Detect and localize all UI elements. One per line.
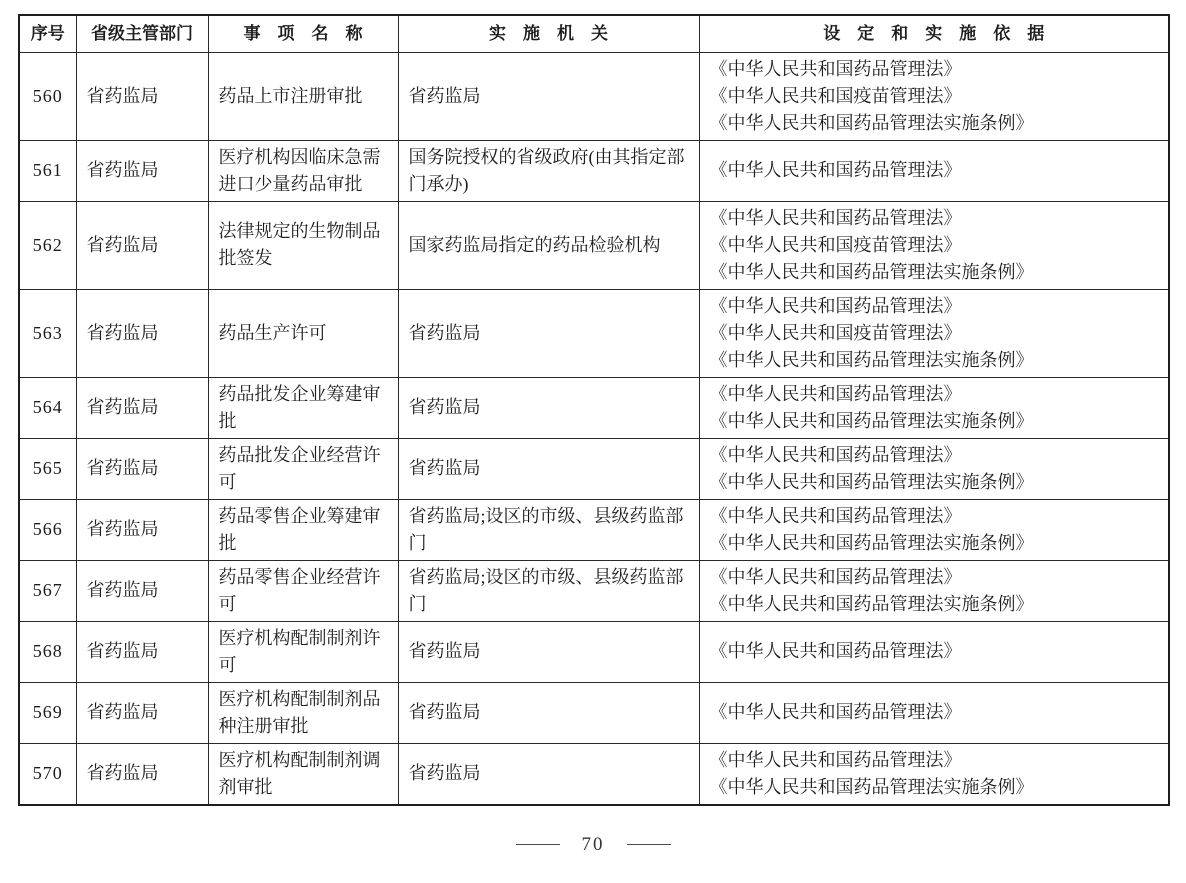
basis-line: 《中华人民共和国药品管理法实施条例》 — [710, 408, 1163, 435]
cell-agency: 省药监局;设区的市级、县级药监部门 — [398, 499, 699, 560]
cell-item: 药品零售企业筹建审批 — [208, 499, 398, 560]
cell-basis: 《中华人民共和国药品管理法》《中华人民共和国疫苗管理法》《中华人民共和国药品管理… — [699, 52, 1169, 140]
basis-line: 《中华人民共和国药品管理法》 — [710, 747, 1163, 774]
cell-dept: 省药监局 — [76, 140, 208, 201]
cell-item: 医疗机构配制制剂调剂审批 — [208, 743, 398, 805]
cell-agency: 省药监局 — [398, 682, 699, 743]
cell-seq: 569 — [19, 682, 76, 743]
cell-agency: 省药监局 — [398, 377, 699, 438]
cell-dept: 省药监局 — [76, 377, 208, 438]
cell-dept: 省药监局 — [76, 289, 208, 377]
cell-item: 医疗机构配制制剂许可 — [208, 621, 398, 682]
basis-line: 《中华人民共和国药品管理法实施条例》 — [710, 259, 1163, 286]
cell-dept: 省药监局 — [76, 743, 208, 805]
basis-line: 《中华人民共和国药品管理法》 — [710, 157, 1163, 184]
basis-line: 《中华人民共和国疫苗管理法》 — [710, 320, 1163, 347]
footer-dash-right-icon — [627, 844, 671, 845]
cell-seq: 561 — [19, 140, 76, 201]
cell-basis: 《中华人民共和国药品管理法》《中华人民共和国疫苗管理法》《中华人民共和国药品管理… — [699, 289, 1169, 377]
cell-basis: 《中华人民共和国药品管理法》 — [699, 621, 1169, 682]
cell-seq: 564 — [19, 377, 76, 438]
basis-line: 《中华人民共和国药品管理法实施条例》 — [710, 774, 1163, 801]
page-footer: 70 — [0, 833, 1186, 856]
header-row: 序号省级主管部门事 项 名 称实 施 机 关设 定 和 实 施 依 据 — [19, 15, 1169, 52]
cell-item: 法律规定的生物制品批签发 — [208, 201, 398, 289]
cell-basis: 《中华人民共和国药品管理法》《中华人民共和国药品管理法实施条例》 — [699, 560, 1169, 621]
table-row: 567省药监局药品零售企业经营许可省药监局;设区的市级、县级药监部门《中华人民共… — [19, 560, 1169, 621]
column-header-seq: 序号 — [19, 15, 76, 52]
cell-basis: 《中华人民共和国药品管理法》《中华人民共和国药品管理法实施条例》 — [699, 743, 1169, 805]
table-body: 560省药监局药品上市注册审批省药监局《中华人民共和国药品管理法》《中华人民共和… — [19, 52, 1169, 805]
cell-basis: 《中华人民共和国药品管理法》《中华人民共和国疫苗管理法》《中华人民共和国药品管理… — [699, 201, 1169, 289]
table-row: 570省药监局医疗机构配制制剂调剂审批省药监局《中华人民共和国药品管理法》《中华… — [19, 743, 1169, 805]
basis-line: 《中华人民共和国药品管理法》 — [710, 699, 1163, 726]
cell-agency: 省药监局 — [398, 52, 699, 140]
basis-line: 《中华人民共和国药品管理法》 — [710, 381, 1163, 408]
cell-dept: 省药监局 — [76, 682, 208, 743]
column-header-agency: 实 施 机 关 — [398, 15, 699, 52]
column-header-item: 事 项 名 称 — [208, 15, 398, 52]
table-row: 560省药监局药品上市注册审批省药监局《中华人民共和国药品管理法》《中华人民共和… — [19, 52, 1169, 140]
cell-item: 药品批发企业筹建审批 — [208, 377, 398, 438]
cell-dept: 省药监局 — [76, 499, 208, 560]
document-page: 序号省级主管部门事 项 名 称实 施 机 关设 定 和 实 施 依 据 560省… — [0, 0, 1186, 883]
footer-dash-left-icon — [516, 844, 560, 845]
cell-seq: 570 — [19, 743, 76, 805]
basis-line: 《中华人民共和国药品管理法实施条例》 — [710, 110, 1163, 137]
cell-basis: 《中华人民共和国药品管理法》 — [699, 682, 1169, 743]
cell-seq: 560 — [19, 52, 76, 140]
basis-line: 《中华人民共和国药品管理法》 — [710, 56, 1163, 83]
column-header-dept: 省级主管部门 — [76, 15, 208, 52]
cell-agency: 省药监局 — [398, 289, 699, 377]
cell-basis: 《中华人民共和国药品管理法》 — [699, 140, 1169, 201]
cell-dept: 省药监局 — [76, 52, 208, 140]
cell-dept: 省药监局 — [76, 621, 208, 682]
cell-agency: 国务院授权的省级政府(由其指定部门承办) — [398, 140, 699, 201]
cell-agency: 国家药监局指定的药品检验机构 — [398, 201, 699, 289]
cell-dept: 省药监局 — [76, 438, 208, 499]
cell-item: 药品上市注册审批 — [208, 52, 398, 140]
cell-seq: 565 — [19, 438, 76, 499]
cell-agency: 省药监局;设区的市级、县级药监部门 — [398, 560, 699, 621]
cell-item: 医疗机构配制制剂品种注册审批 — [208, 682, 398, 743]
table-row: 561省药监局医疗机构因临床急需进口少量药品审批国务院授权的省级政府(由其指定部… — [19, 140, 1169, 201]
basis-line: 《中华人民共和国疫苗管理法》 — [710, 232, 1163, 259]
cell-agency: 省药监局 — [398, 621, 699, 682]
cell-basis: 《中华人民共和国药品管理法》《中华人民共和国药品管理法实施条例》 — [699, 377, 1169, 438]
basis-line: 《中华人民共和国药品管理法》 — [710, 442, 1163, 469]
basis-line: 《中华人民共和国药品管理法》 — [710, 638, 1163, 665]
cell-item: 医疗机构因临床急需进口少量药品审批 — [208, 140, 398, 201]
table-row: 569省药监局医疗机构配制制剂品种注册审批省药监局《中华人民共和国药品管理法》 — [19, 682, 1169, 743]
basis-line: 《中华人民共和国药品管理法实施条例》 — [710, 347, 1163, 374]
basis-line: 《中华人民共和国药品管理法》 — [710, 564, 1163, 591]
table-row: 565省药监局药品批发企业经营许可省药监局《中华人民共和国药品管理法》《中华人民… — [19, 438, 1169, 499]
table-row: 566省药监局药品零售企业筹建审批省药监局;设区的市级、县级药监部门《中华人民共… — [19, 499, 1169, 560]
table-row: 562省药监局法律规定的生物制品批签发国家药监局指定的药品检验机构《中华人民共和… — [19, 201, 1169, 289]
table-row: 564省药监局药品批发企业筹建审批省药监局《中华人民共和国药品管理法》《中华人民… — [19, 377, 1169, 438]
approval-items-table: 序号省级主管部门事 项 名 称实 施 机 关设 定 和 实 施 依 据 560省… — [18, 14, 1170, 806]
cell-dept: 省药监局 — [76, 560, 208, 621]
cell-basis: 《中华人民共和国药品管理法》《中华人民共和国药品管理法实施条例》 — [699, 499, 1169, 560]
table-header: 序号省级主管部门事 项 名 称实 施 机 关设 定 和 实 施 依 据 — [19, 15, 1169, 52]
cell-seq: 562 — [19, 201, 76, 289]
cell-item: 药品生产许可 — [208, 289, 398, 377]
cell-seq: 563 — [19, 289, 76, 377]
cell-dept: 省药监局 — [76, 201, 208, 289]
page-number: 70 — [582, 834, 605, 856]
cell-item: 药品批发企业经营许可 — [208, 438, 398, 499]
cell-item: 药品零售企业经营许可 — [208, 560, 398, 621]
basis-line: 《中华人民共和国药品管理法》 — [710, 503, 1163, 530]
cell-seq: 568 — [19, 621, 76, 682]
table-row: 568省药监局医疗机构配制制剂许可省药监局《中华人民共和国药品管理法》 — [19, 621, 1169, 682]
basis-line: 《中华人民共和国药品管理法》 — [710, 205, 1163, 232]
cell-seq: 566 — [19, 499, 76, 560]
basis-line: 《中华人民共和国药品管理法实施条例》 — [710, 591, 1163, 618]
basis-line: 《中华人民共和国药品管理法》 — [710, 293, 1163, 320]
column-header-basis: 设 定 和 实 施 依 据 — [699, 15, 1169, 52]
basis-line: 《中华人民共和国药品管理法实施条例》 — [710, 469, 1163, 496]
cell-agency: 省药监局 — [398, 743, 699, 805]
cell-agency: 省药监局 — [398, 438, 699, 499]
table-row: 563省药监局药品生产许可省药监局《中华人民共和国药品管理法》《中华人民共和国疫… — [19, 289, 1169, 377]
basis-line: 《中华人民共和国药品管理法实施条例》 — [710, 530, 1163, 557]
cell-seq: 567 — [19, 560, 76, 621]
basis-line: 《中华人民共和国疫苗管理法》 — [710, 83, 1163, 110]
cell-basis: 《中华人民共和国药品管理法》《中华人民共和国药品管理法实施条例》 — [699, 438, 1169, 499]
